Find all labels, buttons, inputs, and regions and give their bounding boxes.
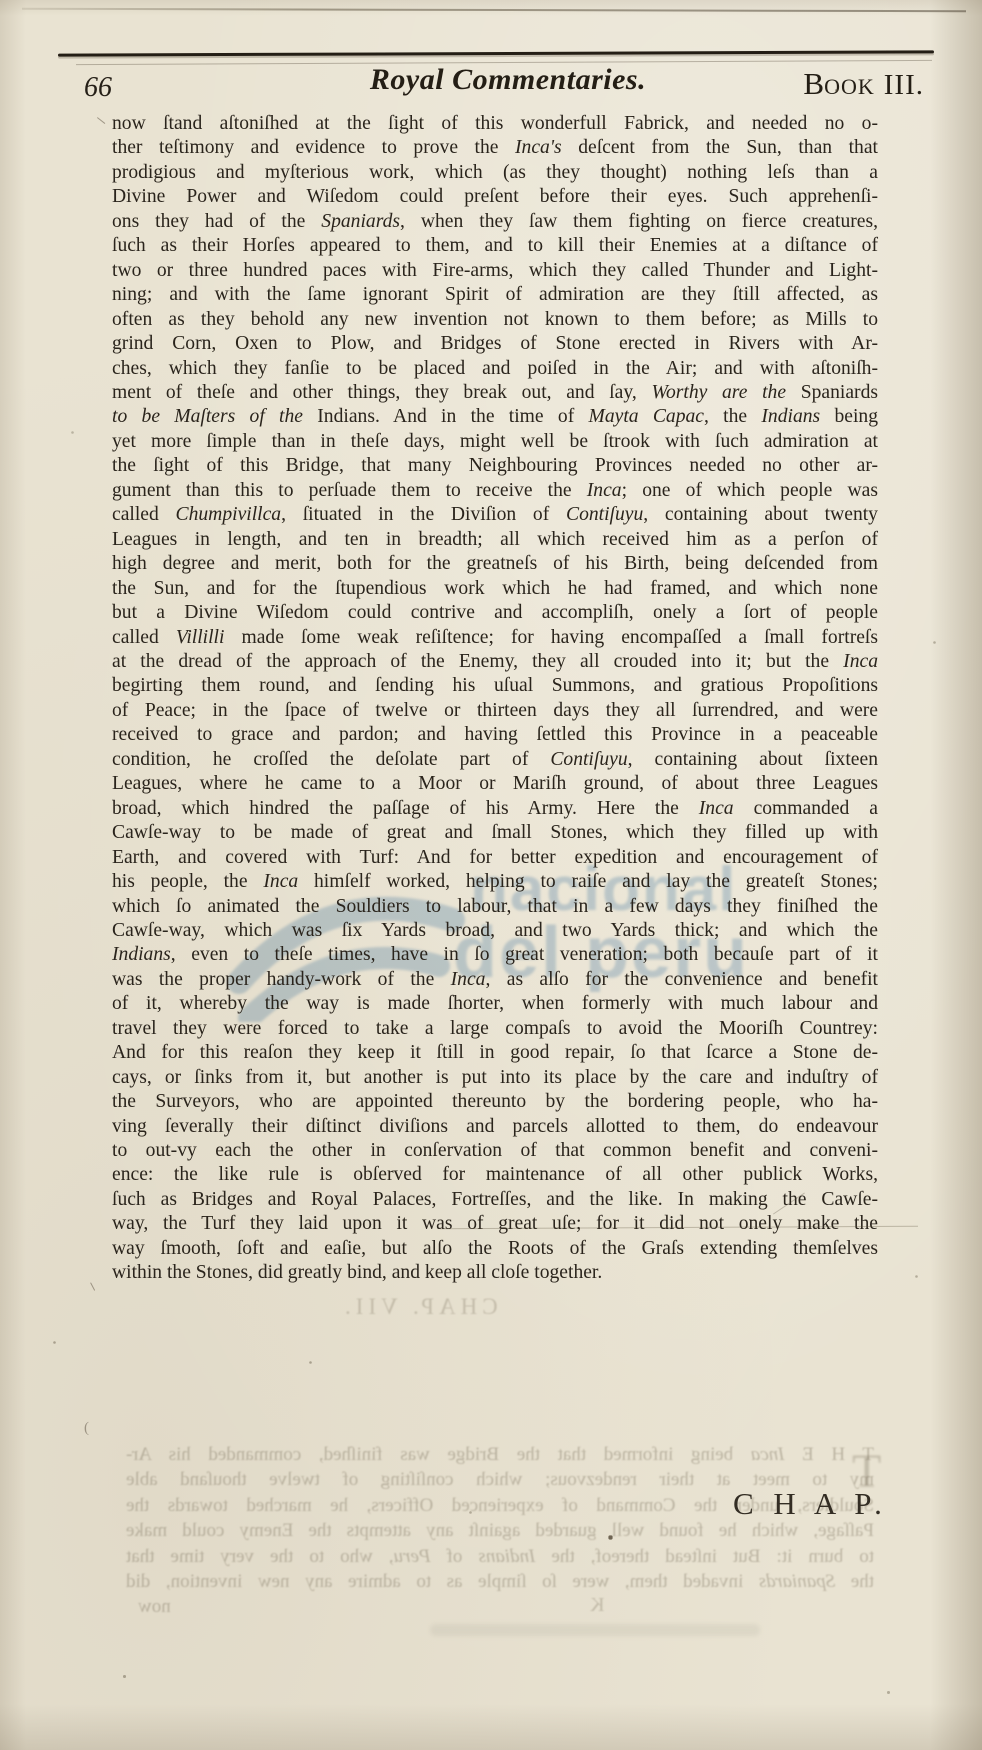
- text-line: prodigious and myſterious work, which (a…: [112, 161, 878, 185]
- text-line: at the dread of the approach of the Enem…: [112, 650, 878, 674]
- text-line: the Sun, and for the ſtupendious work wh…: [112, 577, 878, 601]
- text-line: ſuch as their Horſes appeared to them, a…: [112, 234, 878, 258]
- text-line: two or three hundred paces with Fire-arm…: [112, 259, 878, 283]
- text-line: to be Maſters of the Indians. And in the…: [112, 405, 878, 429]
- text-line: ment of theſe and other things, they bre…: [112, 381, 878, 405]
- text-line: the ſight of this Bridge, that many Neig…: [112, 454, 878, 478]
- text-line: his people, the Inca himſelf worked, hel…: [112, 870, 878, 894]
- text-line: T H E Inca being informed that the Bridg…: [126, 1442, 874, 1467]
- text-line: now ſtand aſtoniſhed at the ſight of thi…: [112, 112, 878, 136]
- text-line: way ſmooth, ſoft and eaſie, but alſo the…: [112, 1237, 878, 1261]
- text-line: condition, he croſſed the deſolate part …: [112, 748, 878, 772]
- text-line: Earth, and covered with Turf: And for be…: [112, 846, 878, 870]
- book-page: 66 Royal Commentaries. BOOKIII. nacional…: [0, 0, 982, 1750]
- text-line: yet more ſimple than in theſe days, migh…: [112, 430, 878, 454]
- page-edge-shading-bottom: [0, 1704, 982, 1750]
- text-line: ving ſeverally their diſtinct diviſions …: [112, 1115, 878, 1139]
- text-line: to burn it: But inſtead thereof, the Ind…: [126, 1544, 874, 1569]
- text-line: to out-vy each the other in conſervation…: [112, 1139, 878, 1163]
- text-line: of Peace; in the ſpace of twelve or thir…: [112, 699, 878, 723]
- text-line: Leagues, where he came to a Moor or Mari…: [112, 772, 878, 796]
- text-line: within the Stones, did greatly bind, and…: [112, 1261, 878, 1285]
- page-edge-shading-right: [930, 0, 982, 1750]
- text-line: ches, which they fanſie to be placed and…: [112, 357, 878, 381]
- text-line: Cawſe-way to be made of great and ſmall …: [112, 821, 878, 845]
- text-line: ning; and with the ſame ignorant Spirit …: [112, 283, 878, 307]
- text-line: now: [126, 1594, 874, 1619]
- text-line: ther teſtimony and evidence to prove the…: [112, 136, 878, 160]
- text-line: ence: the like rule is obſerved for main…: [112, 1163, 878, 1187]
- text-line: received to grace and pardon; and having…: [112, 723, 878, 747]
- text-line: ſuch as Bridges and Royal Palaces, Fortr…: [112, 1188, 878, 1212]
- text-line: often as they behold any new invention n…: [112, 308, 878, 332]
- text-line: Paſſage, which he found well guarded aga…: [126, 1518, 874, 1543]
- text-line: called Chumpivillca, ſituated in the Div…: [112, 503, 878, 527]
- text-line: ons they had of the Spaniards, when they…: [112, 210, 878, 234]
- body-text: now ſtand aſtoniſhed at the ſight of thi…: [112, 112, 878, 1286]
- text-line: but a Divine Wiſedom could contrive and …: [112, 601, 878, 625]
- text-line: which ſo animated the Souldiers to labou…: [112, 895, 878, 919]
- text-line: And for this reaſon they keep it ſtill i…: [112, 1041, 878, 1065]
- book-label: BOOKIII.: [803, 66, 924, 102]
- page-edge-shading-left: [0, 0, 26, 1750]
- bleedthrough-signature-mark: K: [590, 1594, 604, 1617]
- catchword: C H A P.: [733, 1486, 888, 1522]
- margin-stroke: [90, 1282, 95, 1291]
- text-line: the Spaniards invaded them, were ſo ſimp…: [126, 1569, 874, 1594]
- text-line: the Surveyors, who are appointed thereun…: [112, 1090, 878, 1114]
- paper-smudge: [430, 1624, 760, 1636]
- text-line: Cawſe-way, which was ſix Yards broad, an…: [112, 919, 878, 943]
- text-line: grind Corn, Oxen to Plow, and Bridges of…: [112, 332, 878, 356]
- bleedthrough-chapter-heading: CHAP. VII.: [340, 1294, 498, 1320]
- text-line: high degree and merit, both for the grea…: [112, 552, 878, 576]
- text-line: was the proper handy-work of the Inca, a…: [112, 968, 878, 992]
- text-line: Indians, even to theſe times, have in ſo…: [112, 943, 878, 967]
- running-title: Royal Commentaries.: [348, 63, 668, 97]
- text-line: way, the Turf they laid upon it was of g…: [112, 1212, 878, 1236]
- header-rule: [58, 50, 934, 56]
- book-label-smallcaps: OOK: [824, 74, 875, 99]
- paper-specks: [0, 0, 1, 1]
- text-line: begirting them round, and ſending his uſ…: [112, 674, 878, 698]
- text-line: cays, or ſinks from it, but another is p…: [112, 1066, 878, 1090]
- book-label-initial: B: [803, 66, 824, 101]
- text-line: of it, whereby the way is made ſhorter, …: [112, 992, 878, 1016]
- text-line: Divine Power and Wiſedom could preſent b…: [112, 185, 878, 209]
- page-number: 66: [84, 72, 112, 104]
- margin-stroke: [97, 117, 106, 124]
- bleedthrough-text: T H E Inca being informed that the Bridg…: [126, 1442, 874, 1620]
- text-line: Leagues in length, and ten in breadth; a…: [112, 528, 878, 552]
- margin-mark: (: [84, 1420, 89, 1437]
- text-line: gument than this to perſuade them to rec…: [112, 479, 878, 503]
- text-line: broad, which hindred the paſſage of his …: [112, 797, 878, 821]
- book-label-numeral: III.: [884, 69, 924, 101]
- text-line: called Villilli made ſome weak reſiſtenc…: [112, 626, 878, 650]
- text-line: travel they were forced to take a large …: [112, 1017, 878, 1041]
